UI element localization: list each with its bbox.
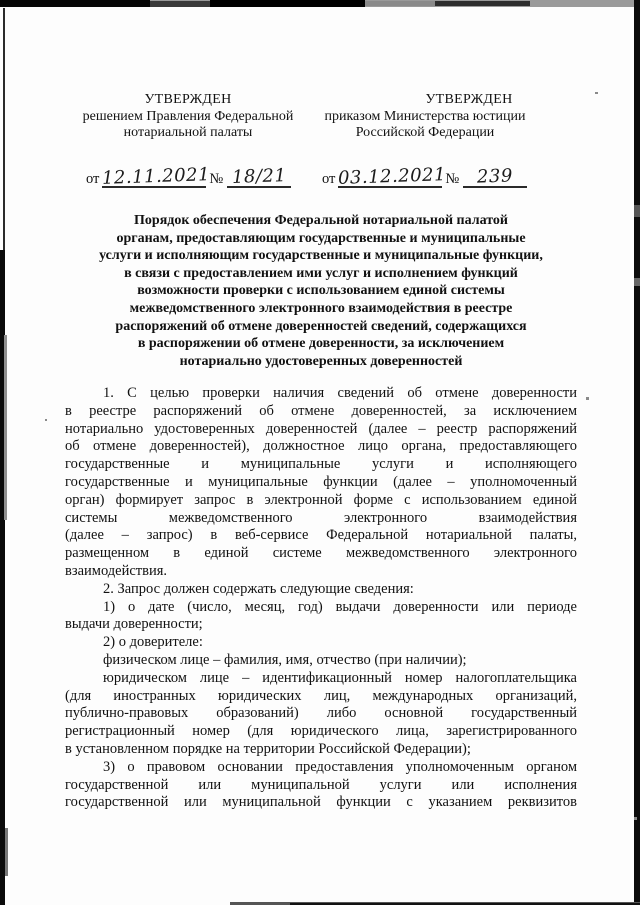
body-line: размещенном в единой системе межведомств… <box>65 545 577 563</box>
document-body: 1. С целью проверки наличия сведений об … <box>65 385 577 812</box>
body-line: взаимодействия. <box>65 563 577 581</box>
scan-edge-left-line <box>3 8 5 253</box>
body-line: регистрационный номер (для юридического … <box>65 723 577 741</box>
body-line: орган) формирует запрос в электронной фо… <box>65 492 577 510</box>
approval-authority-line: приказом Министерства юстиции <box>317 109 533 126</box>
body-line: 1. С целью проверки наличия сведений об … <box>65 385 577 403</box>
body-line: выдачи доверенности; <box>65 616 577 634</box>
scan-speck <box>45 419 47 421</box>
scan-edge-top-seg <box>435 1 530 6</box>
number-underline-field: 239 <box>463 166 527 188</box>
scan-edge-left-gray <box>5 828 8 876</box>
date-label: от <box>86 170 99 188</box>
handwritten-number: 18/21 <box>232 166 287 188</box>
handwritten-number: 239 <box>477 166 514 187</box>
scan-edge-left-gray <box>4 335 7 520</box>
scan-edge-top-seg <box>365 1 435 6</box>
handwritten-date: 03.12.2021 <box>338 165 447 189</box>
scan-edge-top-seg <box>0 0 150 7</box>
title-line: распоряжений об отмене доверенностей све… <box>65 318 577 336</box>
date-underline-field: 12.11.2021 <box>102 166 206 188</box>
approval-authority-line: нотариальной палаты <box>65 125 311 142</box>
approval-block-minjust: УТВЕРЖДЕН приказом Министерства юстиции … <box>317 92 533 188</box>
body-line: государственной или муниципальной услуги… <box>65 777 577 795</box>
scan-speck <box>595 92 598 94</box>
body-line: нотариально удостоверенных доверенностей… <box>65 421 577 439</box>
body-line: 1) о дате (число, месяц, год) выдачи дов… <box>65 599 577 617</box>
scan-edge-right-gray <box>634 205 640 217</box>
number-underline-field: 18/21 <box>227 166 291 188</box>
body-line: об отмене доверенностей), должностное ли… <box>65 438 577 456</box>
scanned-document-page: УТВЕРЖДЕН решением Правления Федеральной… <box>0 0 640 905</box>
title-line: в распоряжении об отмене доверенности, з… <box>65 335 577 353</box>
scan-edge-top-seg <box>150 1 210 7</box>
document-title: Порядок обеспечения Федеральной нотариал… <box>65 212 577 370</box>
scan-edge-top-seg <box>210 0 365 7</box>
approval-authority-line: решением Правления Федеральной <box>65 109 311 126</box>
body-line: физическом лице – фамилия, имя, отчество… <box>65 652 577 670</box>
approval-date-row: от 12.11.2021 № 18/21 <box>65 161 311 188</box>
date-label: от <box>322 170 335 188</box>
body-line: 2) о доверителе: <box>65 634 577 652</box>
body-line: 3) о правовом основании предоставления у… <box>65 759 577 777</box>
title-line: услуги и исполняющим государственные и м… <box>65 247 577 265</box>
body-line: (далее – запрос) в веб-сервисе Федеральн… <box>65 527 577 545</box>
body-line: (для иностранных юридических лиц, междун… <box>65 688 577 706</box>
title-line: возможности проверки с использованием ед… <box>65 282 577 300</box>
approval-date-row: от 03.12.2021 № 239 <box>317 161 533 188</box>
handwritten-date: 12.11.2021 <box>102 165 211 189</box>
number-label: № <box>209 170 223 188</box>
title-line: нотариально удостоверенных доверенностей <box>65 353 577 371</box>
body-line: юридическом лице – идентификационный ном… <box>65 670 577 688</box>
body-line: в реестре распоряжений об отмене доверен… <box>65 403 577 421</box>
title-line: Порядок обеспечения Федеральной нотариал… <box>65 212 577 230</box>
title-line: в связи с предоставлением ими услуг и ис… <box>65 265 577 283</box>
body-line: публично-правовых образований) либо осно… <box>65 705 577 723</box>
title-line: межведомственного электронного взаимодей… <box>65 300 577 318</box>
approval-heading: УТВЕРЖДЕН <box>317 92 533 109</box>
date-underline-field: 03.12.2021 <box>338 166 442 188</box>
approval-heading: УТВЕРЖДЕН <box>65 92 311 109</box>
number-label: № <box>445 170 459 188</box>
body-line: государственные и муниципальные услуги и… <box>65 456 577 474</box>
scan-speck <box>634 817 637 820</box>
approval-authority-line: Российской Федерации <box>317 125 533 142</box>
title-line: органам, предоставляющим государственные… <box>65 230 577 248</box>
scan-speck <box>586 397 589 400</box>
scan-edge-right-band <box>634 0 640 905</box>
approval-block-fnp: УТВЕРЖДЕН решением Правления Федеральной… <box>65 92 311 188</box>
body-line: государственной или муниципальной функци… <box>65 794 577 812</box>
body-line: государственные и муниципальные функции … <box>65 474 577 492</box>
scan-edge-right-gray <box>634 278 640 286</box>
body-line: в установленном порядке на территории Ро… <box>65 741 577 759</box>
body-line: 2. Запрос должен содержать следующие све… <box>65 581 577 599</box>
body-line: системы межведомственного электронного в… <box>65 510 577 528</box>
